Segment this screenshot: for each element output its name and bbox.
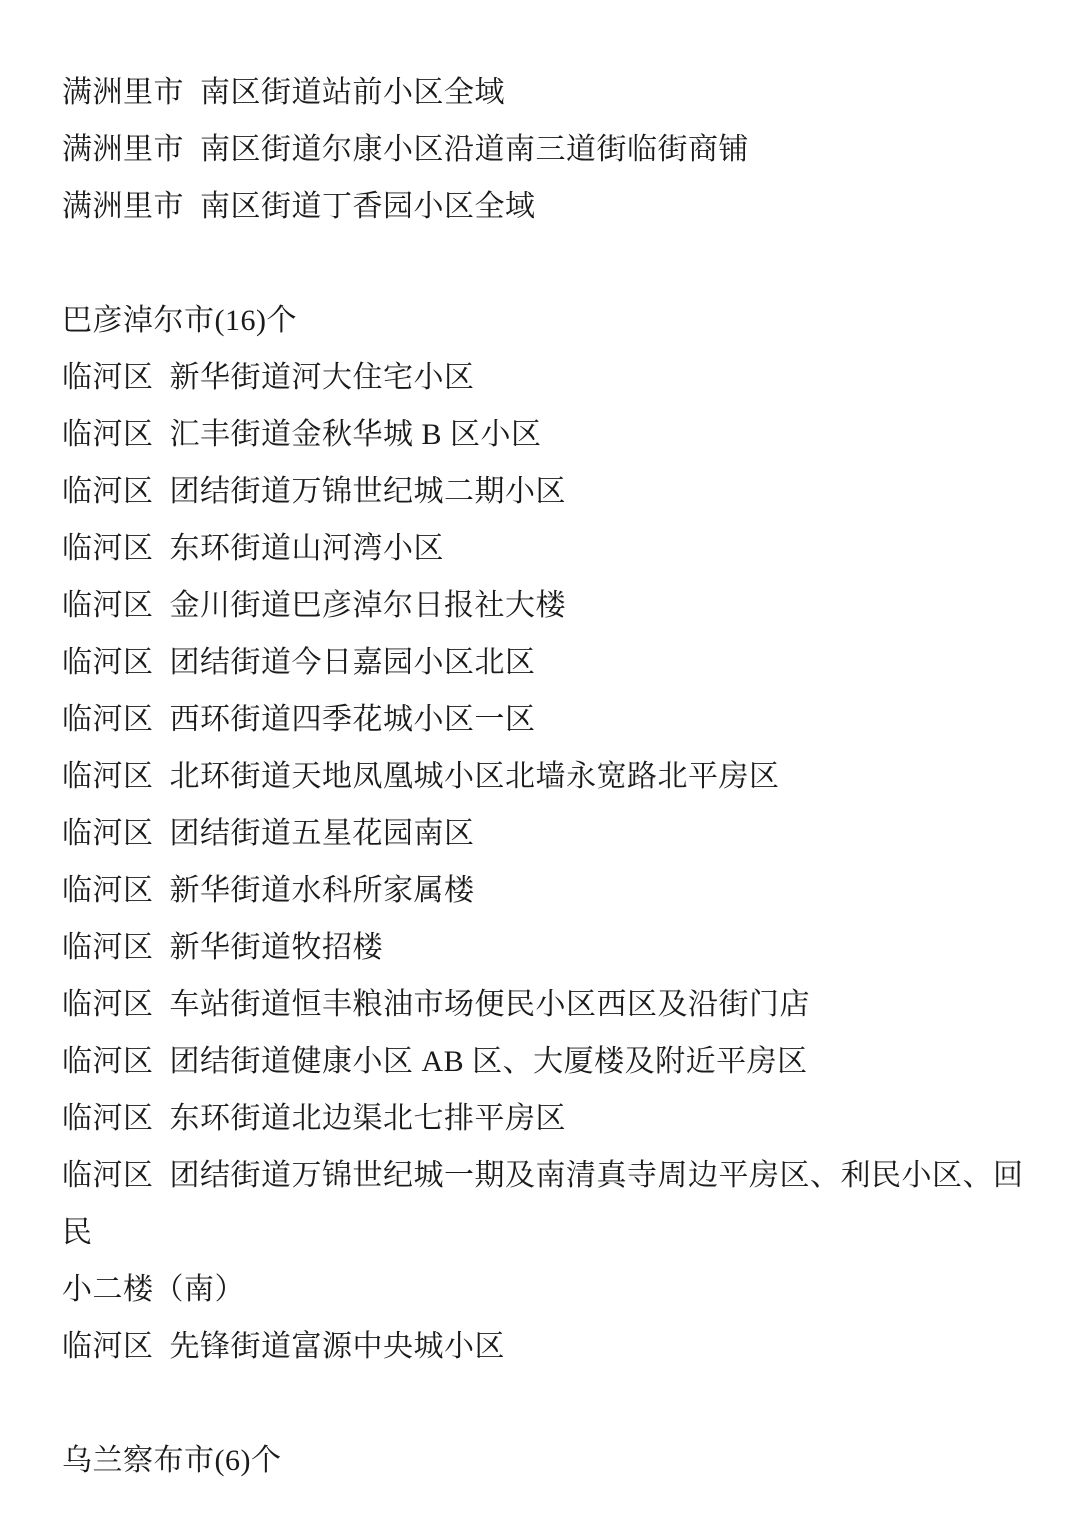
area-line: 临河区 团结街道万锦世纪城二期小区 (62, 463, 1024, 520)
blank-line (62, 235, 1024, 292)
section-header-bayannur: 巴彦淖尔市(16)个 (62, 292, 1024, 349)
area-line: 满洲里市 南区街道站前小区全域 (62, 64, 1024, 121)
area-line: 满洲里市 南区街道丁香园小区全域 (62, 178, 1024, 235)
area-line: 临河区 新华街道河大住宅小区 (62, 349, 1024, 406)
blank-line (62, 1375, 1024, 1432)
area-line: 临河区 汇丰街道金秋华城 B 区小区 (62, 406, 1024, 463)
document-page: 满洲里市 南区街道站前小区全域 满洲里市 南区街道尔康小区沿道南三道街临街商铺 … (0, 0, 1080, 1528)
area-line: 临河区 团结街道万锦世纪城一期及南清真寺周边平房区、利民小区、回民 (62, 1147, 1024, 1261)
area-line: 临河区 团结街道今日嘉园小区北区 (62, 634, 1024, 691)
section-manzhouli: 满洲里市 南区街道站前小区全域 满洲里市 南区街道尔康小区沿道南三道街临街商铺 … (62, 64, 1024, 235)
area-line: 临河区 东环街道山河湾小区 (62, 520, 1024, 577)
area-line: 临河区 北环街道天地凤凰城小区北墙永宽路北平房区 (62, 748, 1024, 805)
area-line: 临河区 西环街道四季花城小区一区 (62, 691, 1024, 748)
area-line: 临河区 新华街道牧招楼 (62, 919, 1024, 976)
area-line: 临河区 新华街道水科所家属楼 (62, 862, 1024, 919)
area-line: 临河区 金川街道巴彦淖尔日报社大楼 (62, 577, 1024, 634)
area-line: 临河区 东环街道北边渠北七排平房区 (62, 1090, 1024, 1147)
area-line-wrap: 小二楼（南） (62, 1261, 1024, 1318)
area-line: 临河区 团结街道健康小区 AB 区、大厦楼及附近平房区 (62, 1033, 1024, 1090)
section-header-wulanchabu: 乌兰察布市(6)个 (62, 1432, 1024, 1489)
area-line: 满洲里市 南区街道尔康小区沿道南三道街临街商铺 (62, 121, 1024, 178)
section-wulanchabu: 乌兰察布市(6)个 (62, 1432, 1024, 1489)
area-line: 临河区 车站街道恒丰粮油市场便民小区西区及沿街门店 (62, 976, 1024, 1033)
area-line: 临河区 先锋街道富源中央城小区 (62, 1318, 1024, 1375)
section-bayannur: 巴彦淖尔市(16)个 临河区 新华街道河大住宅小区 临河区 汇丰街道金秋华城 B… (62, 292, 1024, 1375)
area-line: 临河区 团结街道五星花园南区 (62, 805, 1024, 862)
